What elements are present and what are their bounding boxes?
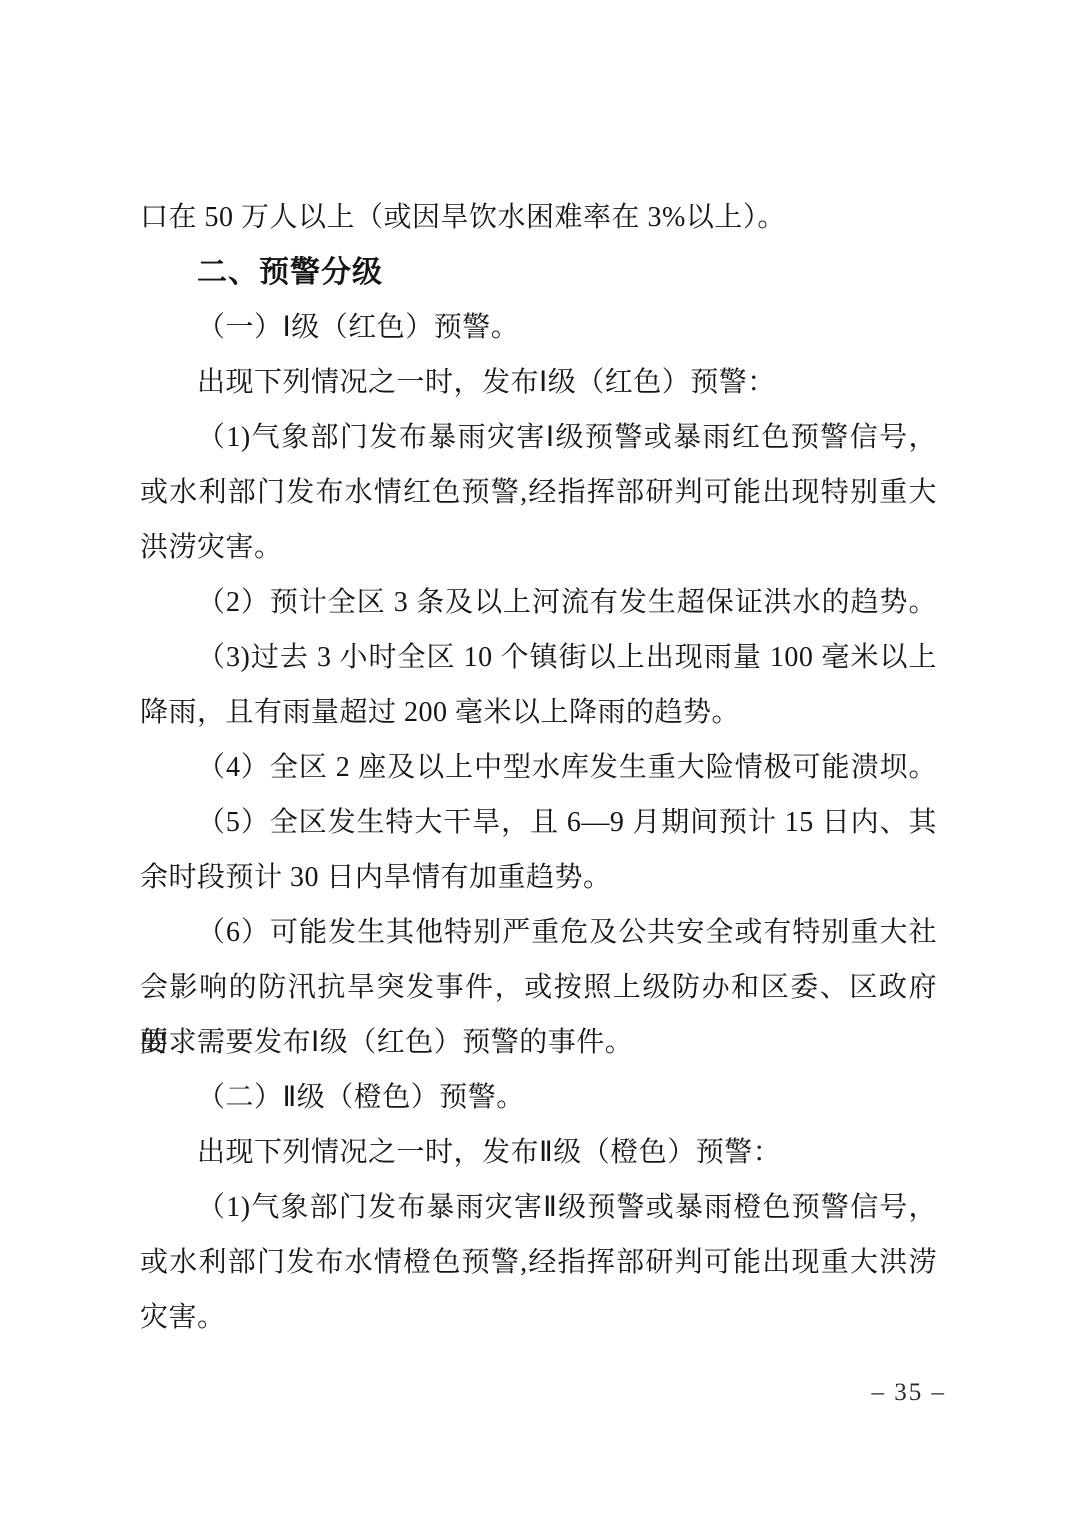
text-line-16: 要求需要发布Ⅰ级（红色）预警的事件。 bbox=[140, 1015, 937, 1070]
subsection-heading-level-2-orange: （二）Ⅱ级（橙色）预警。 bbox=[140, 1070, 937, 1125]
text-line-9: （3)过去 3 小时全区 10 个镇街以上出现雨量 100 毫米以上 bbox=[140, 630, 937, 685]
text-line-5: （1)气象部门发布暴雨灾害Ⅰ级预警或暴雨红色预警信号， bbox=[140, 410, 937, 465]
text-line-4: 出现下列情况之一时，发布Ⅰ级（红色）预警： bbox=[140, 355, 937, 410]
text-line-10: 降雨，且有雨量超过 200 毫米以上降雨的趋势。 bbox=[140, 685, 937, 740]
text-line-18: 出现下列情况之一时，发布Ⅱ级（橙色）预警： bbox=[140, 1125, 937, 1180]
section-heading-warning-levels: 二、预警分级 bbox=[140, 245, 937, 300]
text-line-12: （5）全区发生特大干旱，且 6—9 月期间预计 15 日内、其 bbox=[140, 795, 937, 850]
text-line-21: 灾害。 bbox=[140, 1290, 937, 1345]
text-line-6: 或水利部门发布水情红色预警,经指挥部研判可能出现特别重大 bbox=[140, 465, 937, 520]
text-line-15: 会影响的防汛抗旱突发事件，或按照上级防办和区委、区政府的 bbox=[140, 960, 937, 1015]
text-line-1: 口在 50 万人以上（或因旱饮水困难率在 3%以上）。 bbox=[140, 190, 937, 245]
text-line-13: 余时段预计 30 日内旱情有加重趋势。 bbox=[140, 850, 937, 905]
document-page: 口在 50 万人以上（或因旱饮水困难率在 3%以上）。 二、预警分级 （一）Ⅰ级… bbox=[0, 0, 1074, 1520]
page-number: – 35 – bbox=[872, 1376, 947, 1410]
text-line-19: （1)气象部门发布暴雨灾害Ⅱ级预警或暴雨橙色预警信号， bbox=[140, 1180, 937, 1235]
text-line-11: （4）全区 2 座及以上中型水库发生重大险情极可能溃坝。 bbox=[140, 740, 937, 795]
subsection-heading-level-1-red: （一）Ⅰ级（红色）预警。 bbox=[140, 300, 937, 355]
text-line-20: 或水利部门发布水情橙色预警,经指挥部研判可能出现重大洪涝 bbox=[140, 1235, 937, 1290]
text-line-8: （2）预计全区 3 条及以上河流有发生超保证洪水的趋势。 bbox=[140, 575, 937, 630]
text-line-7: 洪涝灾害。 bbox=[140, 520, 937, 575]
text-line-14: （6）可能发生其他特别严重危及公共安全或有特别重大社 bbox=[140, 905, 937, 960]
